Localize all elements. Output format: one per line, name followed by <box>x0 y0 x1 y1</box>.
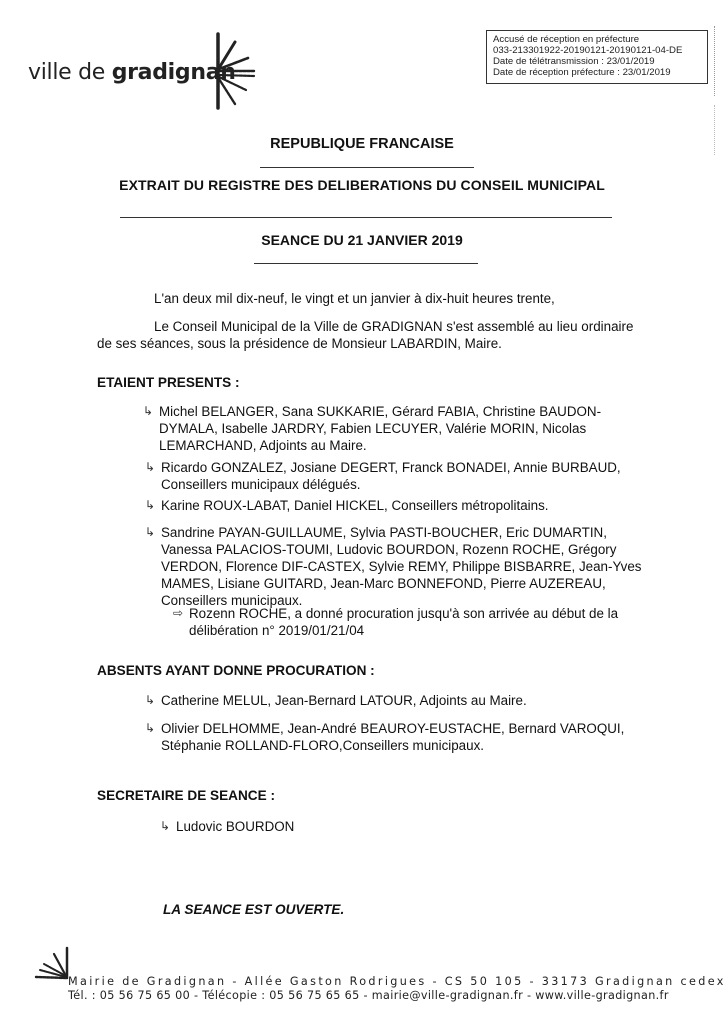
logo-text-light: ville de <box>28 60 112 85</box>
arrow-bullet-icon: ↳ <box>160 818 170 835</box>
secretary-name: Ludovic BOURDON <box>176 819 294 834</box>
footer-contact: Mairie de Gradignan - Allée Gaston Rodri… <box>68 975 724 1003</box>
divider <box>260 167 474 168</box>
present-metropolitan: Karine ROUX-LABAT, Daniel HICKEL, Consei… <box>161 498 548 513</box>
intro-assembly-line-cont: de ses séances, sous la présidence de Mo… <box>97 335 502 352</box>
proxy-note-text: Rozenn ROCHE, a donné procuration jusqu'… <box>189 606 618 638</box>
arrow-bullet-icon: ↳ <box>145 459 155 476</box>
list-item: ↳ Sandrine PAYAN-GUILLAUME, Sylvia PASTI… <box>145 524 655 609</box>
proxy-note: ⇨ Rozenn ROCHE, a donné procuration jusq… <box>173 605 663 639</box>
list-item: ↳ Olivier DELHOMME, Jean-André BEAUROY-E… <box>145 720 665 754</box>
section-title-secretary: SECRETAIRE DE SEANCE : <box>97 788 275 803</box>
list-item: ↳ Ludovic BOURDON <box>160 818 670 835</box>
footer-address: Mairie de Gradignan - Allée Gaston Rodri… <box>68 975 724 989</box>
arrow-bullet-icon: ↳ <box>145 720 155 737</box>
list-item: ↳ Michel BELANGER, Sana SUKKARIE, Gérard… <box>143 403 657 454</box>
arrow-bullet-icon: ↳ <box>145 497 155 514</box>
prefecture-receipt-stamp: Accusé de réception en préfecture 033-21… <box>486 30 708 84</box>
stamp-reception-date: Date de réception préfecture : 23/01/201… <box>493 67 701 78</box>
footer-phone-email-web: Tél. : 05 56 75 65 00 - Télécopie : 05 5… <box>68 989 724 1003</box>
arrow-bullet-icon: ↳ <box>145 524 155 541</box>
arrow-right-icon: ⇨ <box>173 605 183 622</box>
stamp-transmission-date: Date de télétransmission : 23/01/2019 <box>493 56 701 67</box>
stamp-title: Accusé de réception en préfecture <box>493 34 701 45</box>
divider <box>120 217 612 218</box>
divider <box>254 263 478 264</box>
stamp-reference: 033-213301922-20190121-20190121-04-DE <box>493 45 701 56</box>
arrow-bullet-icon: ↳ <box>143 403 153 420</box>
absent-councillors: Olivier DELHOMME, Jean-André BEAUROY-EUS… <box>161 721 624 753</box>
intro-assembly-line: Le Conseil Municipal de la Ville de GRAD… <box>154 318 633 335</box>
intro-date-line: L'an deux mil dix-neuf, le vingt et un j… <box>154 290 555 307</box>
heading-register: EXTRAIT DU REGISTRE DES DELIBERATIONS DU… <box>0 177 724 193</box>
sunburst-icon <box>214 32 264 110</box>
present-councillors: Sandrine PAYAN-GUILLAUME, Sylvia PASTI-B… <box>161 525 642 608</box>
arrow-bullet-icon: ↳ <box>145 692 155 709</box>
list-item: ↳ Catherine MELUL, Jean-Bernard LATOUR, … <box>145 692 655 709</box>
list-item: ↳ Karine ROUX-LABAT, Daniel HICKEL, Cons… <box>145 497 655 514</box>
section-title-absent: ABSENTS AYANT DONNE PROCURATION : <box>97 663 375 678</box>
section-title-present: ETAIENT PRESENTS : <box>97 375 240 390</box>
absent-adjoints: Catherine MELUL, Jean-Bernard LATOUR, Ad… <box>161 693 527 708</box>
heading-session: SEANCE DU 21 JANVIER 2019 <box>0 232 724 248</box>
session-opened-statement: LA SEANCE EST OUVERTE. <box>163 902 344 917</box>
list-item: ↳ Ricardo GONZALEZ, Josiane DEGERT, Fran… <box>145 459 655 493</box>
present-delegates: Ricardo GONZALEZ, Josiane DEGERT, Franck… <box>161 460 621 492</box>
present-adjoints: Michel BELANGER, Sana SUKKARIE, Gérard F… <box>159 404 601 453</box>
scan-margin-marks <box>714 26 717 96</box>
logo-wordmark: ville de gradignan <box>28 60 236 85</box>
heading-republic: REPUBLIQUE FRANCAISE <box>0 136 724 152</box>
sunburst-icon <box>34 946 70 980</box>
city-logo: ville de gradignan <box>28 30 288 110</box>
